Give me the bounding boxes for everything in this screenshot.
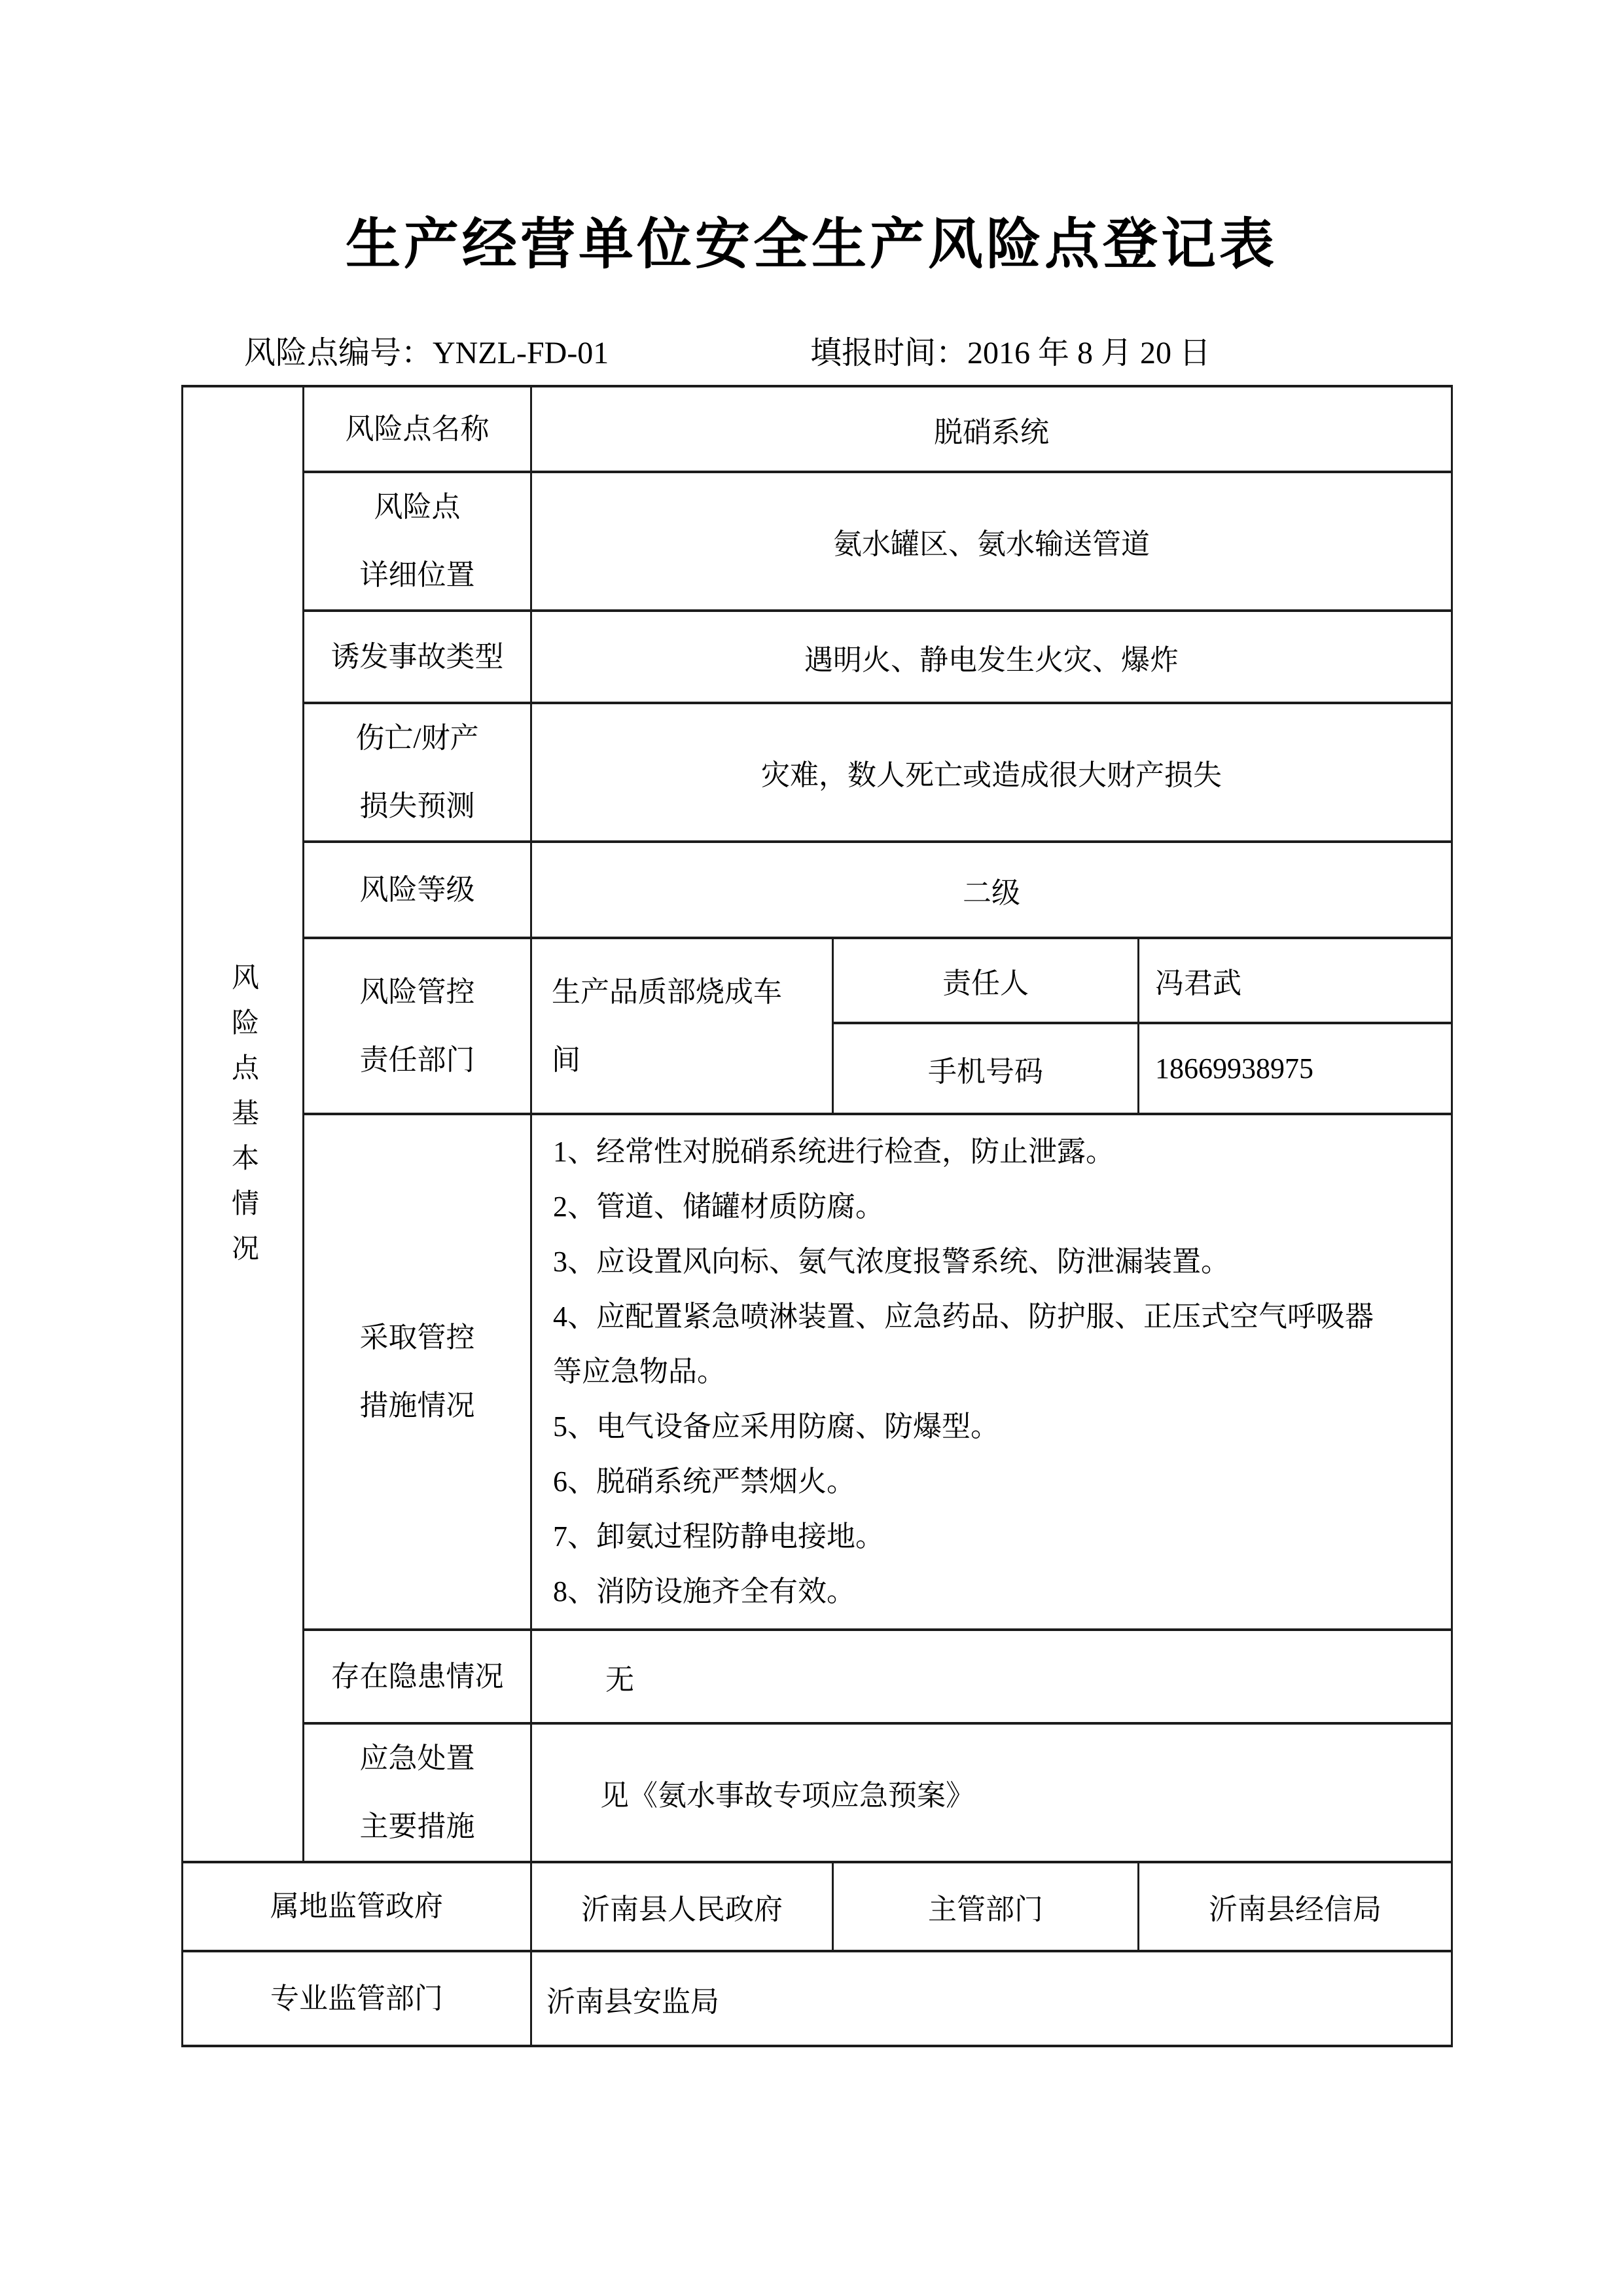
measure-item: 7、卸氨过程防静电接地。 xyxy=(553,1509,1385,1564)
document-page: 生产经营单位安全生产风险点登记表 风险点编号：YNZL-FD-01 填报时间：2… xyxy=(0,0,1623,2296)
table-row: 风险点基本情况 风险点名称 脱硝系统 xyxy=(183,386,1452,472)
loss-forecast-label: 伤亡/财产 损失预测 xyxy=(304,703,531,842)
location-label-line1: 风险点 xyxy=(304,473,530,541)
location-label-line2: 详细位置 xyxy=(304,541,530,609)
table-row: 存在隐患情况 无 xyxy=(183,1630,1452,1723)
loss-forecast-value: 灾难，数人死亡或造成很大财产损失 xyxy=(531,703,1452,842)
table-row: 风险等级 二级 xyxy=(183,842,1452,938)
loss-forecast-label-line1: 伤亡/财产 xyxy=(304,704,530,772)
responsible-person-value: 冯君武 xyxy=(1139,938,1452,1023)
phone-label: 手机号码 xyxy=(833,1023,1139,1114)
local-gov-label: 属地监管政府 xyxy=(183,1862,531,1951)
table-row: 专业监管部门 沂南县安监局 xyxy=(183,1951,1452,2046)
measures-list: 1、经常性对脱硝系统进行检查，防止泄露。 2、管道、储罐材质防腐。 3、应设置风… xyxy=(532,1115,1451,1628)
measure-item: 6、脱硝系统严禁烟火。 xyxy=(553,1454,1385,1509)
risk-name-value: 脱硝系统 xyxy=(531,386,1452,472)
emergency-value: 见《氨水事故专项应急预案》 xyxy=(531,1723,1452,1862)
table-row: 风险管控 责任部门 生产品质部烧成车间 责任人 冯君武 xyxy=(183,938,1452,1023)
location-value: 氨水罐区、氨水输送管道 xyxy=(531,472,1452,611)
table-row: 风险点 详细位置 氨水罐区、氨水输送管道 xyxy=(183,472,1452,611)
location-label: 风险点 详细位置 xyxy=(304,472,531,611)
emergency-label-line2: 主要措施 xyxy=(304,1793,530,1861)
responsible-person-label: 责任人 xyxy=(833,938,1139,1023)
phone-value: 18669938975 xyxy=(1139,1023,1452,1114)
measure-item: 2、管道、储罐材质防腐。 xyxy=(553,1179,1385,1234)
measure-item: 4、应配置紧急喷淋装置、应急药品、防护服、正压式空气呼吸器等应急物品。 xyxy=(553,1289,1385,1399)
table-row: 伤亡/财产 损失预测 灾难，数人死亡或造成很大财产损失 xyxy=(183,703,1452,842)
supervising-dept-label: 主管部门 xyxy=(833,1862,1139,1951)
measures-value-cell: 1、经常性对脱硝系统进行检查，防止泄露。 2、管道、储罐材质防腐。 3、应设置风… xyxy=(531,1114,1452,1630)
prof-dept-label: 专业监管部门 xyxy=(183,1951,531,2046)
emergency-label: 应急处置 主要措施 xyxy=(304,1723,531,1862)
measure-item: 8、消防设施齐全有效。 xyxy=(553,1564,1385,1619)
measures-label: 采取管控 措施情况 xyxy=(304,1114,531,1630)
measures-label-line1: 采取管控 xyxy=(304,1304,530,1372)
hazard-label: 存在隐患情况 xyxy=(304,1630,531,1723)
fill-time: 填报时间：2016 年 8 月 20 日 xyxy=(810,327,1211,372)
risk-register-table: 风险点基本情况 风险点名称 脱硝系统 风险点 详细位置 氨水罐区、氨水输送管道 … xyxy=(181,385,1453,2047)
accident-type-value: 遇明火、静电发生火灾、爆炸 xyxy=(531,611,1452,703)
supervising-dept-value: 沂南县经信局 xyxy=(1139,1862,1452,1951)
emergency-label-line1: 应急处置 xyxy=(304,1725,530,1793)
control-dept-value: 生产品质部烧成车间 xyxy=(531,938,833,1114)
control-dept-label: 风险管控 责任部门 xyxy=(304,938,531,1114)
loss-forecast-label-line2: 损失预测 xyxy=(304,772,530,840)
measures-label-line2: 措施情况 xyxy=(304,1372,530,1440)
risk-name-label: 风险点名称 xyxy=(304,386,531,472)
risk-level-label: 风险等级 xyxy=(304,842,531,938)
table-row: 诱发事故类型 遇明火、静电发生火灾、爆炸 xyxy=(183,611,1452,703)
table-row: 属地监管政府 沂南县人民政府 主管部门 沂南县经信局 xyxy=(183,1862,1452,1951)
table-row: 采取管控 措施情况 1、经常性对脱硝系统进行检查，防止泄露。 2、管道、储罐材质… xyxy=(183,1114,1452,1630)
table-row: 应急处置 主要措施 见《氨水事故专项应急预案》 xyxy=(183,1723,1452,1862)
hazard-value: 无 xyxy=(531,1630,1452,1723)
measure-item: 3、应设置风向标、氨气浓度报警系统、防泄漏装置。 xyxy=(553,1234,1385,1289)
accident-type-label: 诱发事故类型 xyxy=(304,611,531,703)
section-side-label: 风险点基本情况 xyxy=(229,963,257,1279)
measure-item: 5、电气设备应采用防腐、防爆型。 xyxy=(553,1399,1385,1454)
risk-point-number: 风险点编号：YNZL-FD-01 xyxy=(244,327,609,372)
page-title: 生产经营单位安全生产风险点登记表 xyxy=(0,200,1623,279)
section-side-label-cell: 风险点基本情况 xyxy=(183,386,304,1862)
prof-dept-value: 沂南县安监局 xyxy=(531,1951,1452,2046)
risk-level-value: 二级 xyxy=(531,842,1452,938)
control-dept-label-line2: 责任部门 xyxy=(304,1026,530,1094)
control-dept-label-line1: 风险管控 xyxy=(304,958,530,1026)
local-gov-value: 沂南县人民政府 xyxy=(531,1862,833,1951)
measure-item: 1、经常性对脱硝系统进行检查，防止泄露。 xyxy=(553,1124,1385,1179)
